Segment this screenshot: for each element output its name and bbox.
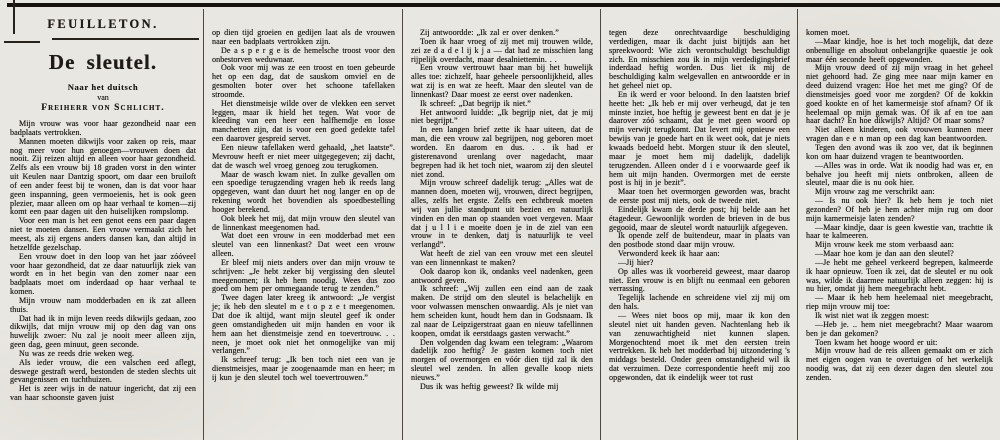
column-divider — [797, 9, 798, 440]
article-paragraph: — Is nu ook hier? Ik heb hem je toch nie… — [806, 197, 993, 224]
newspaper-page: FEUILLETON. De sleutel. Naar het duitsch… — [0, 0, 1000, 440]
article-paragraph: Ook voor mij was ze een troost en toen g… — [212, 64, 395, 99]
article-paragraph: —Je hebt me geheel verkeerd begrepen, ka… — [806, 259, 993, 294]
article-column: tegen deze onrechtvaardige beschuldiging… — [600, 0, 797, 440]
article-paragraph: —Maar kindje, daar is geen kwestie van, … — [806, 224, 993, 242]
article-paragraph: —Maar kindje, hoe is het toch mogelijk, … — [806, 38, 993, 65]
article-paragraph: Ik schreef: „Wij zullen een eind aan de … — [411, 285, 593, 338]
article-paragraph: Mannen moeten dikwijls voor zaken op rei… — [10, 138, 196, 218]
header-rule-long — [52, 38, 199, 40]
article-paragraph: Een nieuw tafellaken werd gehaald, „het … — [212, 144, 395, 171]
article-paragraph: —Heb je. .. hem niet meegebracht? Maar w… — [806, 321, 993, 339]
article-paragraph: Dat had ik in mijn leven reeds dikwijls … — [10, 315, 196, 350]
article-paragraph: Het antwoord luidde: „Ik begrijp niet, d… — [411, 109, 593, 127]
article-column: komen moet.—Maar kindje, hoe is het toch… — [797, 0, 1000, 440]
article-paragraph: — Wees niet boos op mij, maar ik kon den… — [609, 312, 790, 383]
column-divider — [600, 9, 601, 440]
article-column: op dien tijd groeien en gedijen laat als… — [203, 0, 402, 440]
header-rule-short — [4, 41, 40, 43]
article-paragraph: Eindelijk kwam de derde post; hij belde … — [609, 206, 790, 233]
article-paragraph: Een vrouw vertrouwt haar man bij het huw… — [411, 64, 593, 99]
article-paragraph: Op alles was ik voorbereid geweest, maar… — [609, 268, 790, 295]
article-paragraph: Mijn vrouw deed of zij mijn vraag in het… — [806, 64, 993, 126]
article-paragraph: En ik werd er voor beloond. In den laats… — [609, 91, 790, 188]
article-paragraph: Een vrouw doet in den loop van het jaar … — [10, 253, 196, 297]
article-paragraph: Den volgenden dag kwam een telegram: „Wa… — [411, 339, 593, 383]
article-paragraph: Voor een man is het een genot eens een p… — [10, 217, 196, 252]
article-paragraph: Dus ik was heftig geweest? Ik wilde mij — [411, 383, 593, 392]
article-paragraph: Tegen den avond was ik zoo ver, dat ik b… — [806, 144, 993, 162]
article-paragraph: Het dienstmeisje wilde over de vlekken e… — [212, 100, 395, 144]
column-divider — [203, 9, 204, 440]
article-paragraph: Er bleef mij niets anders over dan mijn … — [212, 259, 395, 294]
article-paragraph: Twee dagen later kreeg ik antwoord: „Je … — [212, 294, 395, 356]
article-paragraph: Wat heeft de ziel van een vrouw met een … — [411, 250, 593, 268]
column-body: Mijn vrouw was voor haar gezondheid naar… — [10, 120, 196, 403]
byline-author: Freiherr von Schlicht. — [10, 103, 196, 113]
article-paragraph: tegen deze onrechtvaardige beschuldiging… — [609, 29, 790, 91]
article-paragraph: Het is zeer wijs in de natuur ingericht,… — [10, 385, 196, 403]
article-paragraph: Tegelijk lachende en schreidene viel zij… — [609, 294, 790, 312]
article-paragraph: Mijn vrouw schreef dadelijk terug: „Alle… — [411, 179, 593, 250]
article-paragraph: De a s p e r g e is de hemelsche troost … — [212, 47, 395, 65]
column-body: komen moet.—Maar kindje, hoe is het toch… — [806, 29, 993, 383]
article-paragraph: Toen ik haar vroeg of zij met mij trouwe… — [411, 38, 593, 65]
article-paragraph: Wat doet een vrouw in een modderbad met … — [212, 232, 395, 259]
article-paragraph: Ik schreef terug: „Ik ben toch niet een … — [212, 356, 395, 383]
article-paragraph: Ik opende zelf de buitendeur, maar in pl… — [609, 232, 790, 250]
article-paragraph: Ook daarop kon ik, ondanks veel nadenken… — [411, 268, 593, 286]
article-paragraph: Ook bleek het mij, dat mijn vrouw den sl… — [212, 215, 395, 233]
column-body: Zij antwoordde: „Ik zal er over denken.”… — [411, 29, 593, 392]
column-body: op dien tijd groeien en gedijen laat als… — [212, 29, 395, 383]
article-paragraph: op dien tijd groeien en gedijen laat als… — [212, 29, 395, 47]
byline-van: van — [10, 93, 196, 102]
article-paragraph: —Alles was in orde. Wat ik noodig had wa… — [806, 162, 993, 189]
article-columns: FEUILLETON. De sleutel. Naar het duitsch… — [0, 0, 1000, 440]
article-paragraph: Als ieder vrouw, die een valschen eed af… — [10, 359, 196, 386]
article-paragraph: Mijn vrouw had de reis alleen gemaakt om… — [806, 347, 993, 382]
article-paragraph: Mijn vrouw nam modderbaden en ik zat all… — [10, 297, 196, 315]
column-divider — [402, 9, 403, 440]
article-paragraph: Niet alleen kinderen, ook vrouwen kunnen… — [806, 126, 993, 144]
article-column: FEUILLETON. De sleutel. Naar het duitsch… — [0, 0, 203, 440]
article-paragraph: Mijn vrouw was voor haar gezondheid naar… — [10, 120, 196, 138]
article-paragraph: Maar toen het overmorgen geworden was, b… — [609, 188, 790, 206]
article-paragraph: Maar de wasch kwam niet. In zulke gevall… — [212, 171, 395, 215]
section-label: FEUILLETON. — [10, 17, 196, 32]
article-paragraph: In een langen brief zette ik haar uiteen… — [411, 126, 593, 179]
article-title: De sleutel. — [10, 50, 196, 75]
article-paragraph: — Maar ik heb hem heelemaal niet meegebr… — [806, 294, 993, 312]
header-rule — [10, 37, 196, 45]
article-column: Zij antwoordde: „Ik zal er over denken.”… — [402, 0, 600, 440]
column-body: tegen deze onrechtvaardige beschuldiging… — [609, 29, 790, 383]
byline-origin: Naar het duitsch — [10, 82, 196, 92]
